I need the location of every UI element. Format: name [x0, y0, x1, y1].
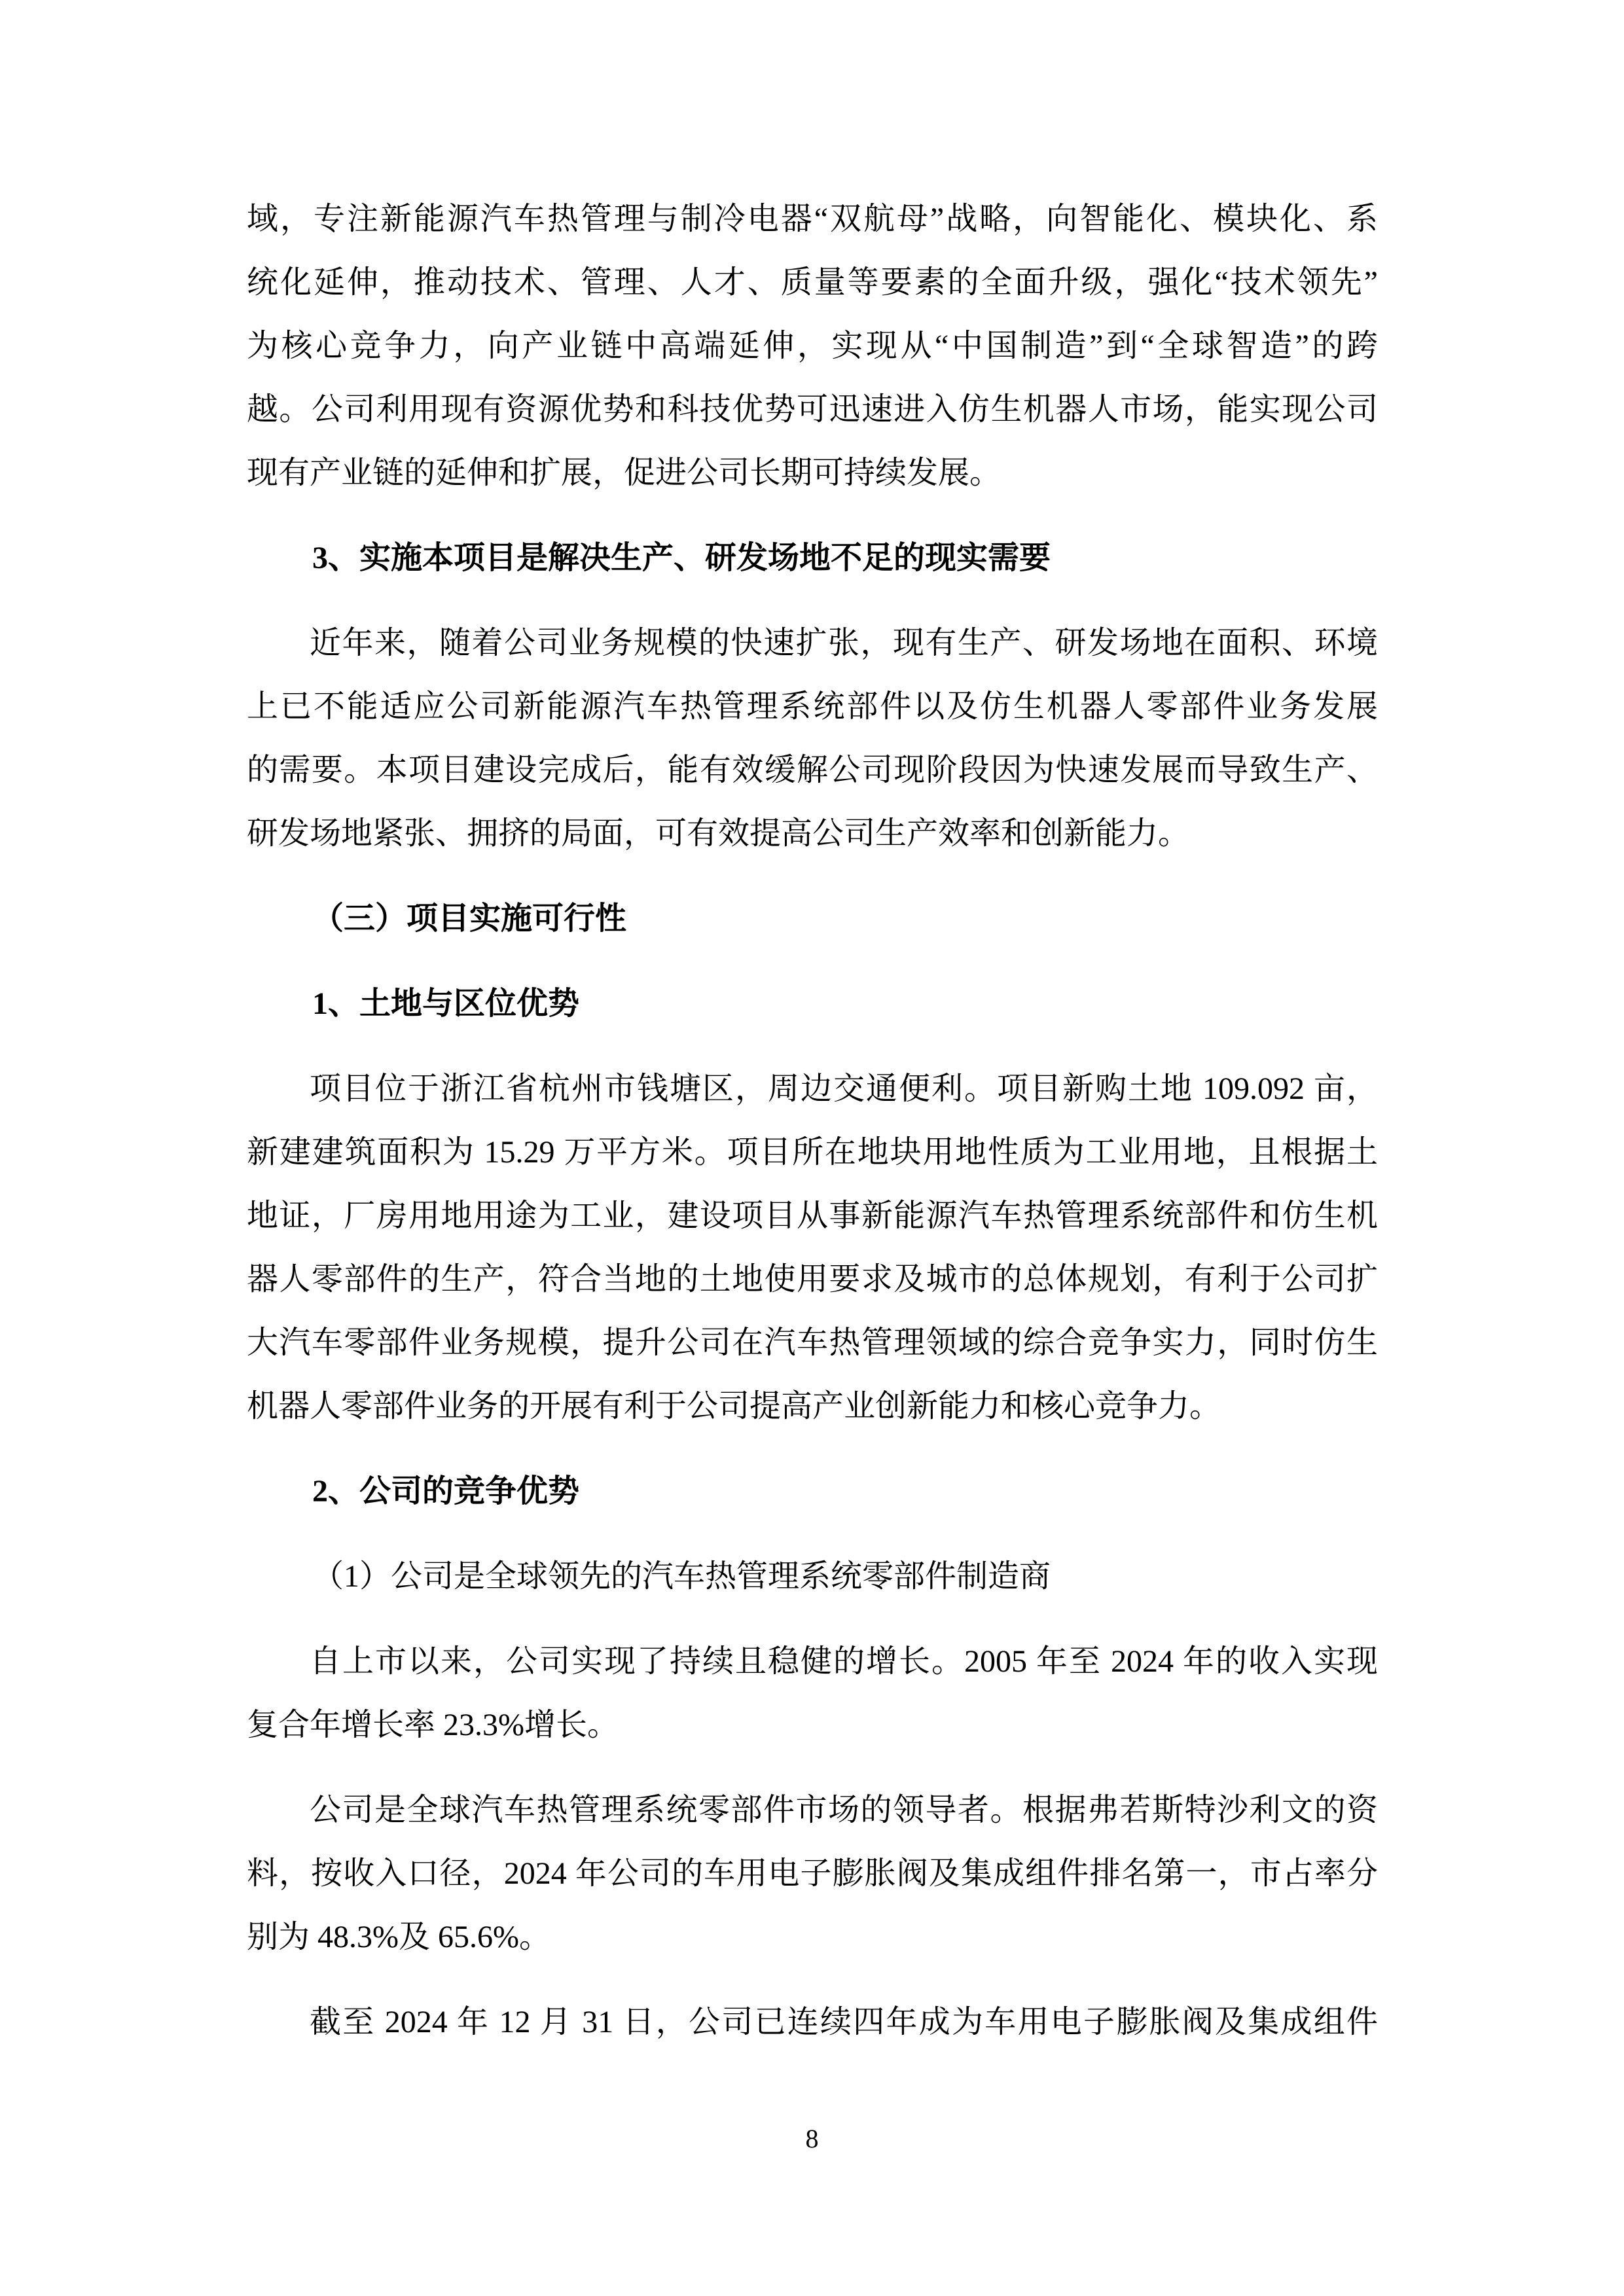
- heading-text: （三）项目实施可行性: [247, 887, 1378, 950]
- paragraph-site-shortage: 近年来，随着公司业务规模的快速扩张，现有生产、研发场地在面积、环境 上已不能适应…: [247, 611, 1378, 865]
- document-page: 域，专注新能源汽车热管理与制冷电器“双航母”战略，向智能化、模块化、系 统化延伸…: [247, 187, 1378, 2075]
- text-line: 机器人零部件业务的开展有利于公司提高产业创新能力和核心竞争力。: [247, 1374, 1378, 1438]
- text-line: 统化延伸，推动技术、管理、人才、质量等要素的全面升级，强化“技术领先”: [247, 251, 1378, 314]
- paragraph-growth: 自上市以来，公司实现了持续且稳健的增长。2005 年至 2024 年的收入实现 …: [247, 1630, 1378, 1757]
- heading-text: 2、公司的竞争优势: [247, 1460, 1378, 1523]
- section-heading-2: 2、公司的竞争优势: [247, 1460, 1378, 1523]
- text-line: 复合年增长率 23.3%增长。: [247, 1693, 1378, 1757]
- text-line: 自上市以来，公司实现了持续且稳健的增长。2005 年至 2024 年的收入实现: [247, 1630, 1378, 1693]
- subheading-text: （1）公司是全球领先的汽车热管理系统零部件制造商: [247, 1545, 1378, 1608]
- text-line: 新建建筑面积为 15.29 万平方米。项目所在地块用地性质为工业用地，且根据土: [247, 1121, 1378, 1184]
- section-heading-feasibility: （三）项目实施可行性: [247, 887, 1378, 950]
- text-line: 域，专注新能源汽车热管理与制冷电器“双航母”战略，向智能化、模块化、系: [247, 187, 1378, 251]
- text-line: 公司是全球汽车热管理系统零部件市场的领导者。根据弗若斯特沙利文的资: [247, 1778, 1378, 1842]
- section-heading-3: 3、实施本项目是解决生产、研发场地不足的现实需要: [247, 526, 1378, 590]
- heading-text: 1、土地与区位优势: [247, 972, 1378, 1035]
- text-line: 器人零部件的生产，符合当地的土地使用要求及城市的总体规划，有利于公司扩: [247, 1247, 1378, 1311]
- text-line: 研发场地紧张、拥挤的局面，可有效提高公司生产效率和创新能力。: [247, 802, 1378, 865]
- paragraph-continued-strategy: 域，专注新能源汽车热管理与制冷电器“双航母”战略，向智能化、模块化、系 统化延伸…: [247, 187, 1378, 505]
- section-heading-1: 1、土地与区位优势: [247, 972, 1378, 1035]
- paragraph-market-leader: 公司是全球汽车热管理系统零部件市场的领导者。根据弗若斯特沙利文的资 料，按收入口…: [247, 1778, 1378, 1969]
- paragraph-as-of-2024: 截至 2024 年 12 月 31 日，公司已连续四年成为车用电子膨胀阀及集成组…: [247, 1990, 1378, 2054]
- text-line: 上已不能适应公司新能源汽车热管理系统部件以及仿生机器人零部件业务发展: [247, 675, 1378, 738]
- text-line: 截至 2024 年 12 月 31 日，公司已连续四年成为车用电子膨胀阀及集成组…: [247, 1990, 1378, 2054]
- text-line: 料，按收入口径，2024 年公司的车用电子膨胀阀及集成组件排名第一，市占率分: [247, 1842, 1378, 1905]
- text-line: 的需要。本项目建设完成后，能有效缓解公司现阶段因为快速发展而导致生产、: [247, 738, 1378, 802]
- page-number: 8: [0, 2119, 1624, 2159]
- text-line: 为核心竞争力，向产业链中高端延伸，实现从“中国制造”到“全球智造”的跨: [247, 314, 1378, 378]
- subsection-heading-1: （1）公司是全球领先的汽车热管理系统零部件制造商: [247, 1545, 1378, 1608]
- text-line: 地证，厂房用地用途为工业，建设项目从事新能源汽车热管理系统部件和仿生机: [247, 1184, 1378, 1247]
- text-line: 别为 48.3%及 65.6%。: [247, 1905, 1378, 1969]
- text-line: 近年来，随着公司业务规模的快速扩张，现有生产、研发场地在面积、环境: [247, 611, 1378, 675]
- text-line: 现有产业链的延伸和扩展，促进公司长期可持续发展。: [247, 441, 1378, 505]
- heading-text: 3、实施本项目是解决生产、研发场地不足的现实需要: [247, 526, 1378, 590]
- text-line: 越。公司利用现有资源优势和科技优势可迅速进入仿生机器人市场，能实现公司: [247, 378, 1378, 441]
- text-line: 项目位于浙江省杭州市钱塘区，周边交通便利。项目新购土地 109.092 亩，: [247, 1057, 1378, 1121]
- paragraph-land-location: 项目位于浙江省杭州市钱塘区，周边交通便利。项目新购土地 109.092 亩， 新…: [247, 1057, 1378, 1438]
- text-line: 大汽车零部件业务规模，提升公司在汽车热管理领域的综合竞争实力，同时仿生: [247, 1311, 1378, 1374]
